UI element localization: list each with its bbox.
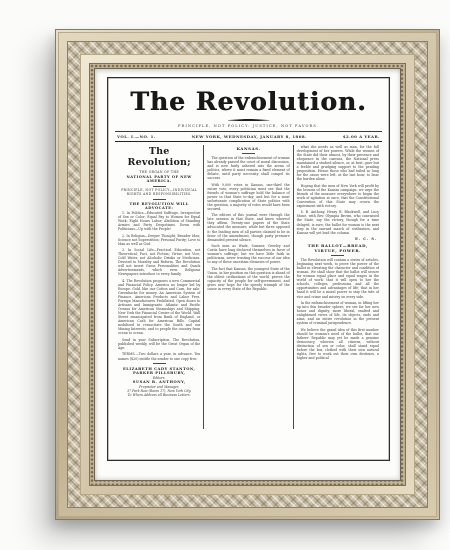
newspaper-page: The Revolution. PRINCIPLE, NOT POLICY: J… [107,77,390,461]
kansas-article-continued: what she needs as well as man, for the f… [297,145,379,235]
paragraph: Such men as Wade, Sumner, Greeley and Cu… [207,244,289,264]
dateline-row: VOL. I.—NO. 1. NEW YORK, WEDNESDAY, JANU… [115,134,382,140]
paragraph: Hoping that the men of New York will pro… [297,184,379,208]
paragraph: what she needs as well as man, for the f… [297,145,379,181]
section-divider [331,255,344,256]
left-column-heading: The Revolution; [118,146,200,168]
paragraph: The editors of this journal were through… [207,213,289,241]
section-divider [242,153,255,154]
party-line: NATIONAL PARTY OF NEW AMERICA. [118,175,200,183]
frame-ornate-carved-band: The Revolution. PRINCIPLE, NOT POLICY: J… [67,41,428,508]
left-column-paragraphs: 1. In Politics—Educated Suffrage, Irresp… [118,211,200,361]
editors-block: ELIZABETH CADY STANTON,PARKER PILLSBURY,… [118,367,200,398]
column-left: The Revolution; THE ORGAN OF THE NATIONA… [115,145,203,429]
frame-inner-lip: The Revolution. PRINCIPLE, NOT POLICY: J… [94,68,401,481]
paragraph: 3. In Social Life—Practical Education, n… [118,248,200,276]
picture-frame: The Revolution. PRINCIPLE, NOT POLICY: J… [55,29,440,520]
paragraph: Send in your Subscription. The Revolutio… [118,338,200,350]
kansas-article-paragraphs: The question of the enfranchisement of w… [207,156,289,291]
column-middle: KANSAS. The question of the enfranchisem… [203,145,292,429]
rule-above-dateline [115,131,382,132]
organ-line: THE ORGAN OF THE [118,170,200,174]
paragraph: In the enfranchisement of woman, in lift… [297,301,379,325]
paragraph: The Revolution will contain a series of … [297,258,379,298]
kansas-article-heading: KANSAS. [207,146,289,151]
masthead: The Revolution. PRINCIPLE, NOT POLICY: J… [115,88,382,128]
section-divider [153,199,166,200]
paragraph: We believe the grand idea of this first … [297,328,379,360]
paragraph: 1. In Politics—Educated Suffrage, Irresp… [118,211,200,231]
rule-below-dateline [115,141,382,142]
paragraph: The fact that Kansas, the youngest State… [207,267,289,291]
column-layout: The Revolution; THE ORGAN OF THE NATIONA… [115,145,382,429]
article-signature: E. C. S. [297,237,377,241]
newspaper-title: The Revolution. [115,88,382,115]
paragraph: With 9,000 votes in Kansas, one-third th… [207,183,289,211]
price-text: $2.00 A YEAR. [343,134,380,139]
column-right: what she needs as well as man, for the f… [293,145,382,429]
section-divider [153,363,166,364]
volume-number: VOL. I.—NO. 1. [117,134,156,139]
paragraph: TERMS.—Two dollars a year, in advance. T… [118,352,200,360]
paragraph: 4. The Revolution proposes a new Commerc… [118,279,200,336]
address-note: To Whom Address all Business Letters. [118,393,200,397]
editor-names: ELIZABETH CADY STANTON,PARKER PILLSBURY, [118,367,200,376]
paragraph: The question of the enfranchisement of w… [207,156,289,180]
ballot-article-heading: THE BALLOT—BREAD, VIRTUE, POWER. [297,243,379,253]
advocate-line: THE REVOLUTION WILL ADVOCATE: [118,202,200,210]
paragraph: S. B. Anthony, Henry B. Blackwell, and L… [297,210,379,234]
principle-line: PRINCIPLE, NOT POLICY—INDIVIDUAL RIGHTS … [118,188,200,196]
ballot-article-paragraphs: The Revolution will contain a series of … [297,258,379,360]
mat-board: The Revolution. PRINCIPLE, NOT POLICY: J… [95,69,400,480]
frame-outer-band: The Revolution. PRINCIPLE, NOT POLICY: J… [58,32,437,517]
masthead-flourish-rule [228,119,270,121]
dateline-text: NEW YORK, WEDNESDAY, JANUARY 8, 1868. [192,134,307,139]
frame-beaded-edge: The Revolution. PRINCIPLE, NOT POLICY: J… [89,63,406,486]
masthead-motto: PRINCIPLE, NOT POLICY: JUSTICE, NOT FAVO… [115,124,382,128]
section-divider [153,186,166,187]
paragraph: 2. In Religion—Deeper Thought; Broader I… [118,234,200,246]
frame-inner-slope: The Revolution. PRINCIPLE, NOT POLICY: J… [80,54,415,495]
